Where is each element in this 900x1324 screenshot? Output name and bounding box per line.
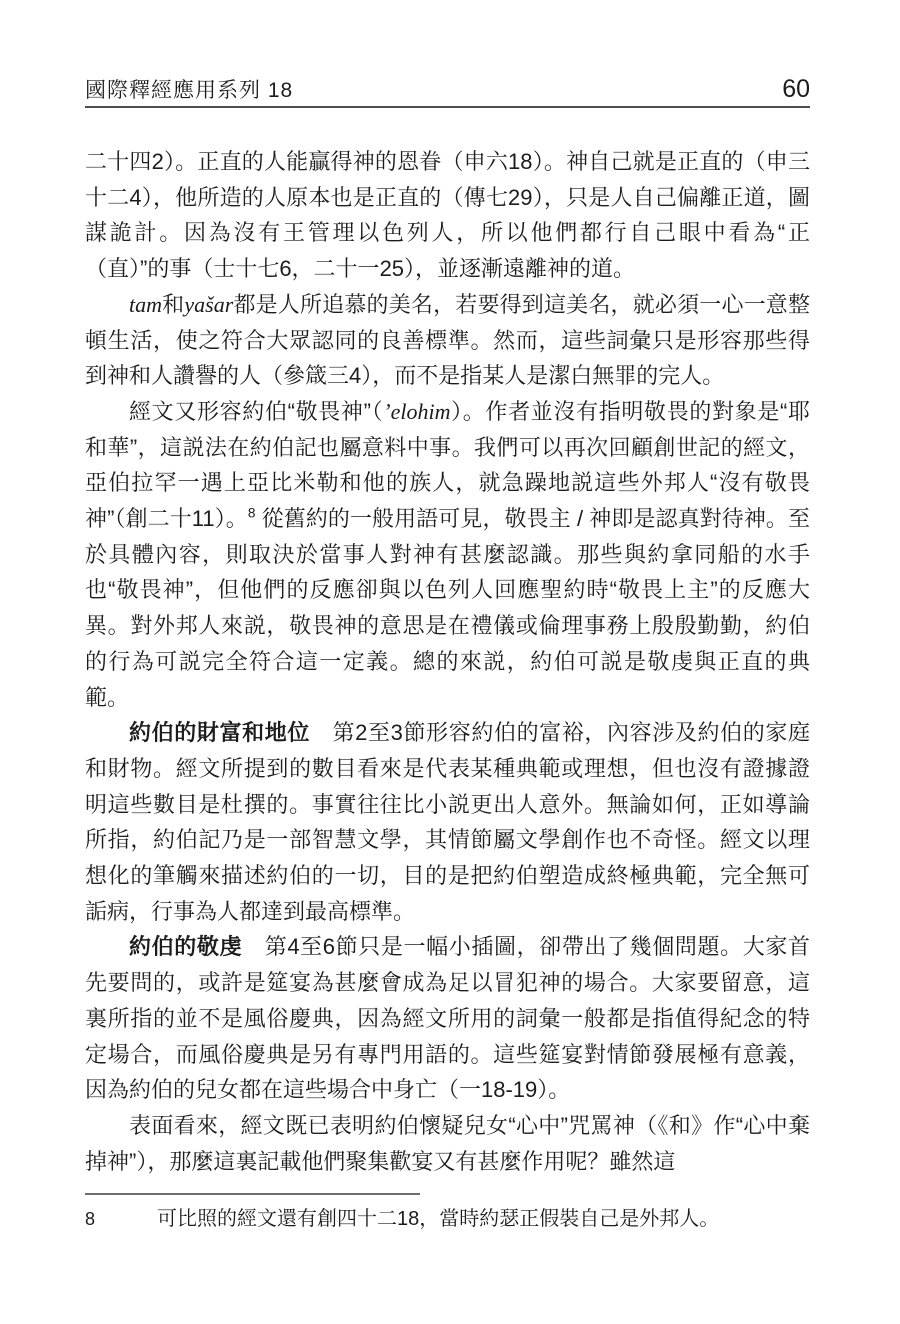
- page-number: 60: [782, 75, 810, 104]
- footnote-text: 可比照的經文還有創四十二18，當時約瑟正假裝自己是外邦人。: [157, 1205, 810, 1234]
- paragraph-6: 表面看來，經文既已表明約伯懷疑兒女“心中”咒罵神（《和》作“心中棄掉神”），那麼…: [85, 1108, 810, 1179]
- text-run: 表面看來，經文既已表明約伯懷疑兒女“心中”咒罵神（《和》作“心中棄掉神”），那麼…: [85, 1113, 810, 1174]
- section-lead-heading: 約伯的財富和地位: [129, 720, 310, 745]
- italic-term: yašar: [184, 292, 233, 317]
- page-header: 國際釋經應用系列 18 60: [85, 74, 810, 104]
- body-text: 二十四2）。正直的人能贏得神的恩眷（申六18）。神自己就是正直的（申三十二4），…: [85, 144, 810, 1179]
- italic-term: ʼelohim: [383, 399, 450, 424]
- text-run: 經文又形容約伯“敬畏神”（: [129, 399, 383, 424]
- text-run: 二十四2）。正直的人能贏得神的恩眷（申六18）。神自己就是正直的（申三十二4），…: [85, 149, 810, 281]
- paragraph-2: tam和yašar都是人所追慕的美名，若要得到這美名，就必須一心一意整頓生活，使…: [85, 287, 810, 394]
- book-page: 國際釋經應用系列 18 60 二十四2）。正直的人能贏得神的恩眷（申六18）。神…: [0, 0, 900, 1324]
- paragraph-5: 約伯的敬虔 第4至6節只是一幅小插圖，卻帶出了幾個問題。大家首先要問的，或許是筵…: [85, 929, 810, 1108]
- paragraph-1: 二十四2）。正直的人能贏得神的恩眷（申六18）。神自己就是正直的（申三十二4），…: [85, 144, 810, 287]
- paragraph-3: 經文又形容約伯“敬畏神”（ʼelohim）。作者並沒有指明敬畏的對象是“耶和華”…: [85, 394, 810, 715]
- text-run: 從舊約的一般用語可見，敬畏主 / 神即是認真對待神。至於具體內容，則取決於當事人…: [85, 506, 810, 710]
- footnote: 8 可比照的經文還有創四十二18，當時約瑟正假裝自己是外邦人。: [85, 1205, 810, 1234]
- text-run: 第2至3節形容約伯的富裕，內容涉及約伯的家庭和財物。經文所提到的數目看來是代表某…: [85, 720, 810, 924]
- text-run: 第4至6節只是一幅小插圖，卻帶出了幾個問題。大家首先要問的，或許是筵宴為甚麼會成…: [85, 934, 810, 1102]
- header-rule: [85, 106, 810, 108]
- paragraph-4: 約伯的財富和地位 第2至3節形容約伯的富裕，內容涉及約伯的家庭和財物。經文所提到…: [85, 715, 810, 929]
- text-run: 和: [162, 292, 184, 317]
- series-title: 國際釋經應用系列 18: [85, 74, 293, 104]
- section-lead-heading: 約伯的敬虔: [129, 934, 242, 959]
- italic-term: tam: [129, 292, 162, 317]
- footnote-separator: [85, 1193, 420, 1195]
- footnote-number: 8: [85, 1205, 157, 1234]
